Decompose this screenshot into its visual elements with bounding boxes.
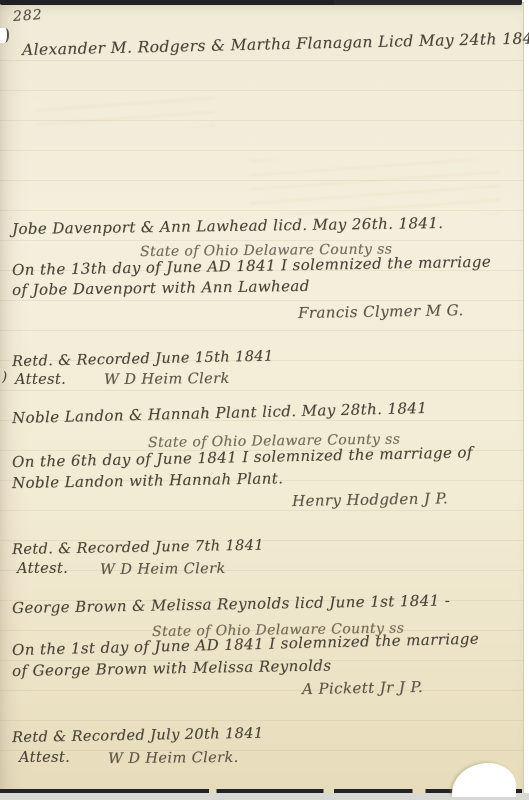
entry-4-solemnization-line-1: On the 1st day of June AD 1841 I solemni… <box>12 629 480 660</box>
entry-3-clerk-signature: W D Heim Clerk <box>100 559 226 580</box>
entry-2-recorded-line: Retd. & Recorded June 15th 1841 <box>12 347 274 372</box>
entry-3-attest-label: Attest. <box>17 559 68 579</box>
entry-4-attest-label: Attest. <box>19 748 70 768</box>
bleed-through-marks <box>35 97 215 127</box>
entry-3-heading: Noble Landon & Hannah Plant licd. May 28… <box>12 398 428 428</box>
entry-4-officiant-signature: A Pickett Jr J P. <box>302 677 423 699</box>
entry-3-solemnization-line-1: On the 6th day of June 1841 I solemnized… <box>12 442 473 472</box>
entry-4-solemnization-line-2: of George Brown with Melissa Reynolds <box>12 655 332 681</box>
entry-1-heading: Alexander M. Rodgers & Martha Flanagan L… <box>22 28 529 60</box>
entry-3-officiant-signature: Henry Hodgden J P. <box>292 488 448 511</box>
entry-2-heading: Jobe Davenport & Ann Lawhead licd. May 2… <box>12 213 444 239</box>
entry-2-margin-mark: ) <box>2 368 7 388</box>
ledger-page: 282 Alexander M. Rodgers & Martha Flanag… <box>0 2 524 794</box>
entry-2-attest-label: Attest. <box>15 370 66 390</box>
entry-2-clerk-signature: W D Heim Clerk <box>104 369 230 390</box>
entry-3-recorded-line: Retd. & Recorded June 7th 1841 <box>12 536 264 560</box>
entry-4-heading: George Brown & Melissa Reynolds licd Jun… <box>12 590 451 618</box>
book-top-edge <box>0 0 522 5</box>
entry-2-solemnization-line-2: of Jobe Davenport with Ann Lawhead <box>12 276 310 300</box>
entry-2-officiant-signature: Francis Clymer M G. <box>298 300 464 323</box>
scanned-ledger-image: 282 Alexander M. Rodgers & Martha Flanag… <box>0 0 529 800</box>
entry-4-clerk-signature: W D Heim Clerk. <box>108 748 239 769</box>
entry-3-solemnization-line-2: Noble Landon with Hannah Plant. <box>12 468 284 493</box>
page-number: 282 <box>12 5 43 27</box>
scan-background-strip <box>0 793 529 800</box>
left-edge-notch <box>0 28 9 43</box>
entry-4-recorded-line: Retd & Recorded July 20th 1841 <box>12 724 264 748</box>
bleed-through-marks <box>250 160 500 215</box>
